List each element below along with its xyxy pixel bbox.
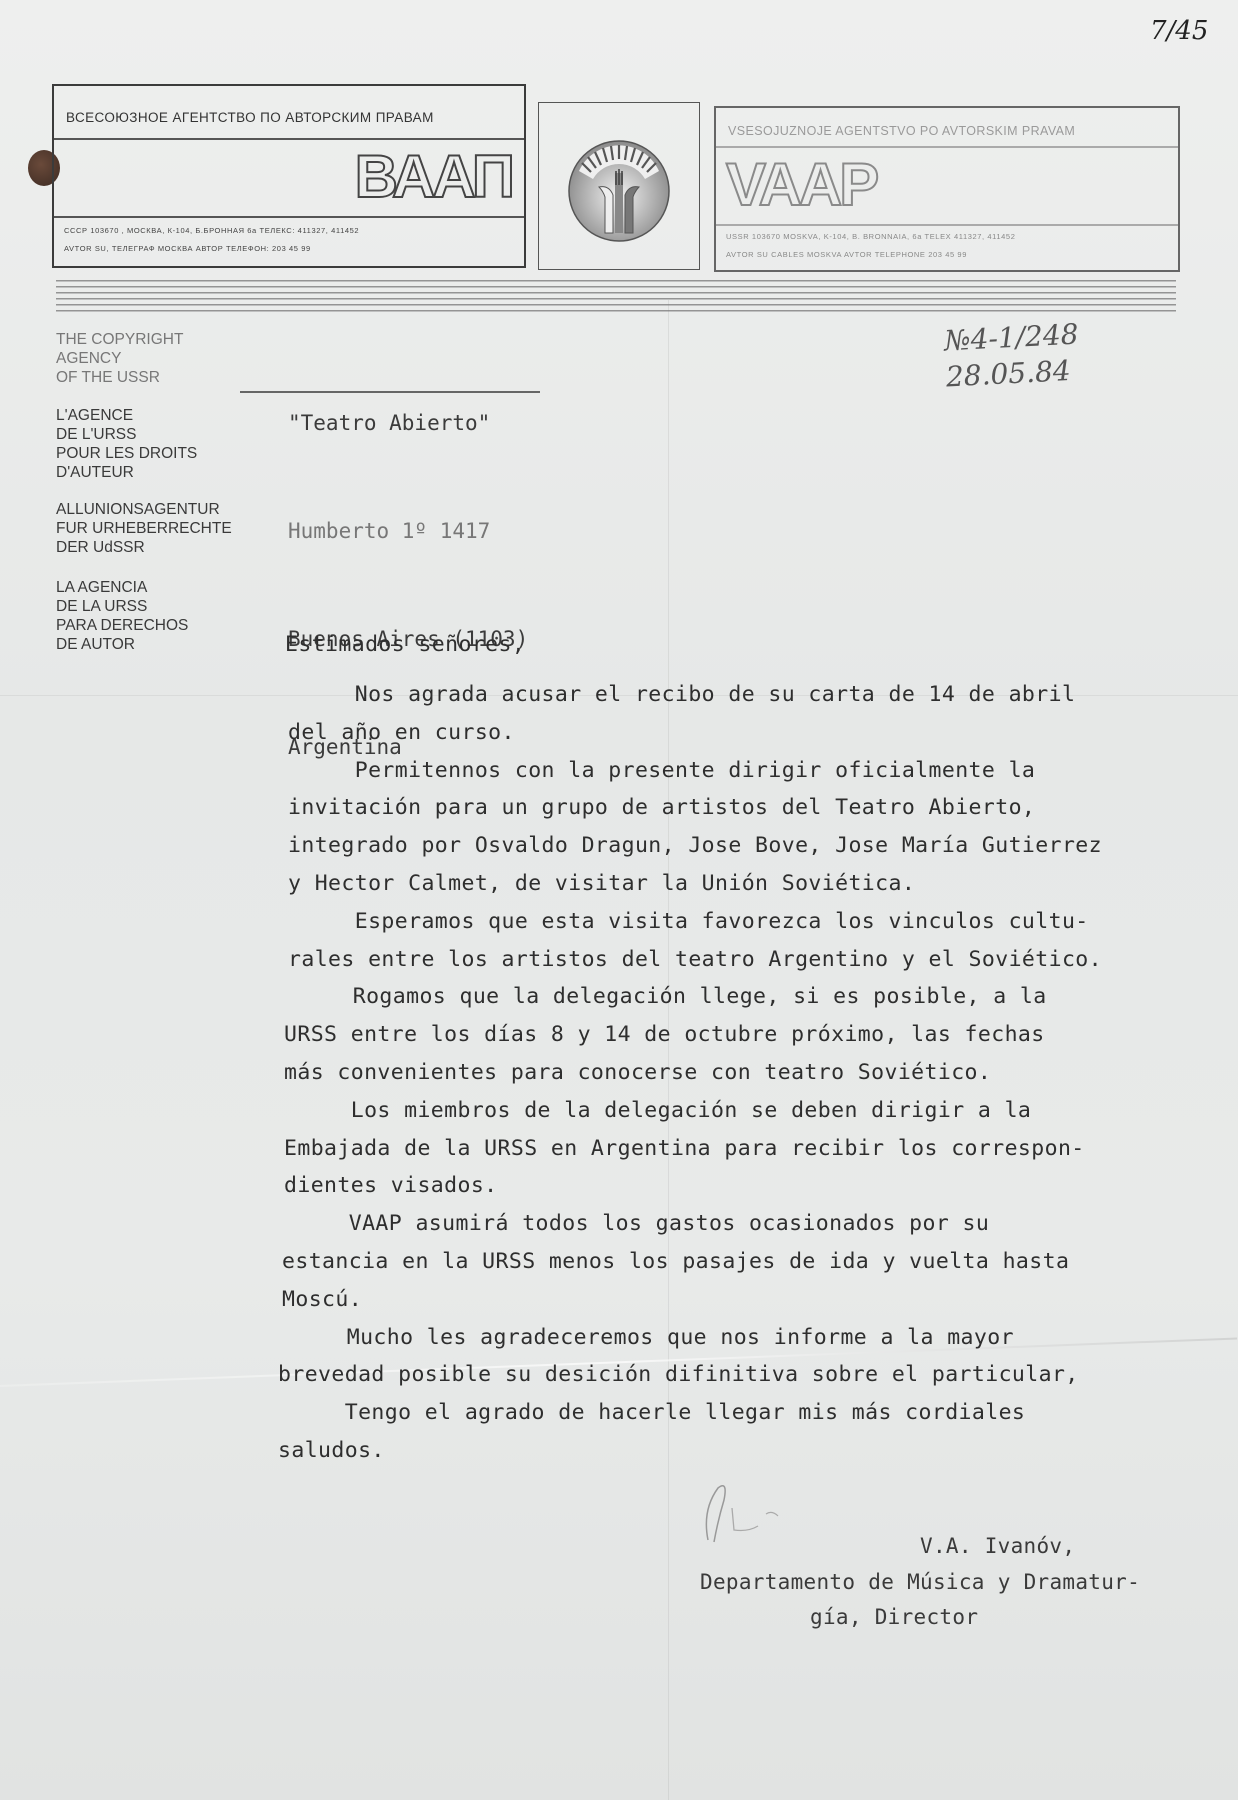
letter-line: Nos agrada acusar el recibo de su carta … (288, 682, 1075, 707)
folio-number: 7/45 (1150, 16, 1208, 46)
addressee-line: "Teatro Abierto" (288, 405, 528, 441)
letter-line: Los miembros de la delegación se deben d… (284, 1098, 1031, 1123)
letter-line: Mucho les agradeceremos que nos informe … (280, 1325, 1014, 1350)
letter-line: dientes visados. (284, 1173, 498, 1198)
letterhead-divider-lines (56, 280, 1176, 316)
address-line: AVTOR SU CABLES MOSKVA AVTOR TELEPHONE 2… (726, 250, 967, 259)
vaap-logo-cyrillic: ВААП (355, 142, 512, 211)
letter-line: Tengo el agrado de hacerle llegar mis má… (278, 1400, 1025, 1425)
vaap-emblem-icon (559, 125, 679, 245)
letter-line: URSS entre los días 8 y 14 de octubre pr… (284, 1022, 1045, 1047)
letter-line: Rogamos que la delegación llege, si es p… (286, 984, 1047, 1009)
signatory-name: V.A. Ivanóv, (920, 1534, 1075, 1558)
handwritten-signature (688, 1470, 808, 1550)
address-line: AVTOR SU, ТЕЛЕГРАФ МОСКВА АВТОР ТЕЛЕФОН:… (64, 244, 311, 253)
letterhead-title-latin: VSESOJUZNOJE AGENTSTVO PO AVTORSKIM PRAV… (728, 124, 1075, 138)
letter-line: del año en curso. (288, 720, 515, 745)
letter-line: invitación para un grupo de artistos del… (288, 795, 1035, 820)
letter-page: 7/45 ВСЕСОЮЗНОЕ АГЕНТСТВО ПО АВТОРСКИМ П… (0, 0, 1238, 1800)
signatory-title: Departamento de Música y Dramatur- (700, 1570, 1140, 1594)
letter-line: Embajada de la URSS en Argentina para re… (284, 1136, 1085, 1161)
letter-line: VAAP asumirá todos los gastos ocasionado… (282, 1211, 989, 1236)
letter-line: más convenientes para conocerse con teat… (284, 1060, 991, 1085)
vaap-emblem-frame (538, 102, 700, 270)
letter-line: estancia en la URSS menos los pasajes de… (282, 1249, 1069, 1274)
letter-line: Moscú. (282, 1287, 362, 1312)
letter-line: y Hector Calmet, de visitar la Unión Sov… (288, 871, 915, 896)
paper-fold-vertical (668, 300, 669, 1800)
letterhead-russian: ВСЕСОЮЗНОЕ АГЕНТСТВО ПО АВТОРСКИМ ПРАВАМ… (52, 84, 526, 268)
agency-name-german: ALLUNIONSAGENTUR FUR URHEBERRECHTE DER U… (56, 500, 232, 557)
letter-line: brevedad posible su desición difinitiva … (278, 1362, 1079, 1387)
address-line: USSR 103670 MOSKVA, K-104, B. BRONNAIA, … (726, 232, 1015, 241)
letterhead-latin: VSESOJUZNOJE AGENTSTVO PO AVTORSKIM PRAV… (714, 106, 1180, 272)
letter-line: Permitennos con la presente dirigir ofic… (288, 758, 1035, 783)
agency-name-spanish: LA AGENCIA DE LA URSS PARA DERECHOS DE A… (56, 578, 188, 654)
agency-name-french: L'AGENCE DE L'URSS POUR LES DROITS D'AUT… (56, 406, 197, 482)
letter-line: Esperamos que esta visita favorezca los … (288, 909, 1089, 934)
signatory-title-cont: gía, Director (810, 1605, 978, 1629)
address-line: СССР 103670 , МОСКВА, К-104, Б.БРОННАЯ 6… (64, 226, 359, 235)
handwritten-reference: №4-1/248 28.05.84 (943, 317, 1081, 396)
strikethrough-line (240, 391, 540, 393)
letterhead-title-russian: ВСЕСОЮЗНОЕ АГЕНТСТВО ПО АВТОРСКИМ ПРАВАМ (66, 110, 434, 125)
letter-line: rales entre los artistos del teatro Arge… (288, 947, 1102, 972)
reference-date: 28.05.84 (945, 352, 1081, 395)
letter-line: integrado por Osvaldo Dragun, Jose Bove,… (288, 833, 1102, 858)
vaap-logo-latin: VAAP (726, 150, 876, 219)
salutation: Estimados señores, (285, 632, 525, 657)
letter-line: saludos. (278, 1438, 385, 1463)
agency-name-english: THE COPYRIGHT AGENCY OF THE USSR (56, 330, 183, 387)
addressee-line: Humberto 1º 1417 (288, 513, 528, 549)
